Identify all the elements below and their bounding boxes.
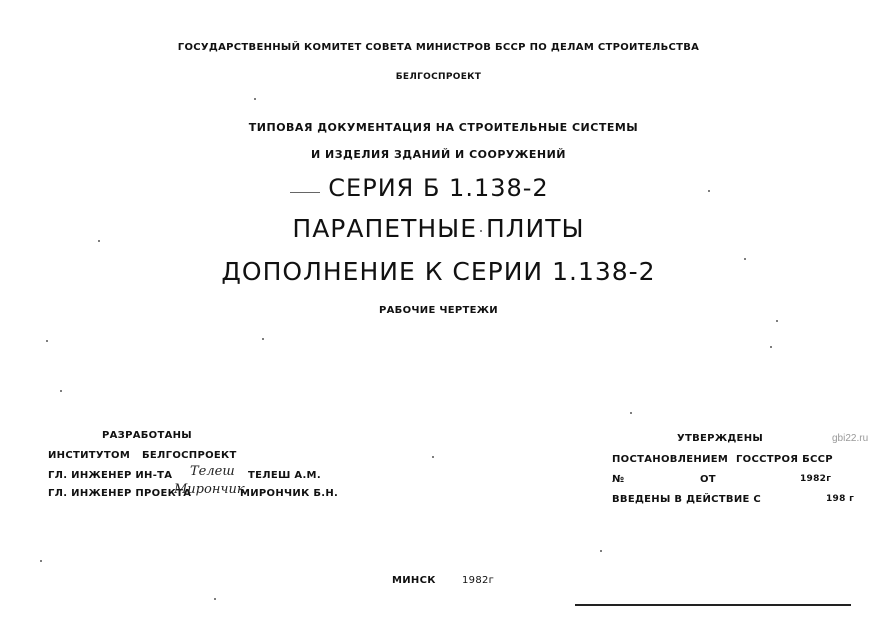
project-engineer-role: ГЛ. ИНЖЕНЕР ПРОЕКТА xyxy=(48,488,191,499)
from-label: ОТ xyxy=(700,474,716,485)
committee-header: ГОСУДАРСТВЕННЫЙ КОМИТЕТ СОВЕТА МИНИСТРОВ… xyxy=(0,42,877,53)
decree-label: ПОСТАНОВЛЕНИЕМ xyxy=(612,454,728,465)
organization-header: БЕЛГОСПРОЕКТ xyxy=(0,72,877,82)
decorative-dash xyxy=(290,192,320,193)
footer-city: МИНСК xyxy=(392,575,436,586)
doc-type-line1: ТИПОВАЯ ДОКУМЕНТАЦИЯ НА СТРОИТЕЛЬНЫЕ СИС… xyxy=(10,121,877,134)
approved-heading: УТВЕРЖДЕНЫ xyxy=(677,433,763,444)
series-title: СЕРИЯ Б 1.138-2 xyxy=(0,174,877,202)
chief-engineer-name: ТЕЛЕШ А.М. xyxy=(248,470,321,481)
doc-type-line2: И ИЗДЕЛИЯ ЗДАНИЙ И СООРУЖЕНИЙ xyxy=(0,148,877,161)
developed-heading: РАЗРАБОТАНЫ xyxy=(102,430,192,441)
enacted-year: 198 г xyxy=(826,494,854,504)
footer-year: 1982г xyxy=(462,575,494,586)
institute-name: БЕЛГОСПРОЕКТ xyxy=(142,450,237,461)
project-engineer-name: МИРОНЧИК Б.Н. xyxy=(240,488,338,499)
number-label: № xyxy=(612,474,624,485)
signature-telesh: Телеш xyxy=(190,464,235,479)
institute-label: ИНСТИТУТОМ xyxy=(48,450,130,461)
decree-year: 1982г xyxy=(800,474,831,484)
enacted-label: ВВЕДЕНЫ В ДЕЙСТВИЕ С xyxy=(612,494,761,505)
signature-mironchik: Мирончик xyxy=(174,482,245,497)
product-title: ПАРАПЕТНЫЕ ПЛИТЫ xyxy=(0,214,877,243)
chief-engineer-role: ГЛ. ИНЖЕНЕР ИН-ТА xyxy=(48,470,172,481)
frame-bottom-line xyxy=(575,604,851,606)
supplement-title: ДОПОЛНЕНИЕ К СЕРИИ 1.138-2 xyxy=(0,257,877,286)
decree-body: ГОССТРОЯ БССР xyxy=(736,454,833,465)
watermark: gbi22.ru xyxy=(832,433,868,444)
subtitle: РАБОЧИЕ ЧЕРТЕЖИ xyxy=(0,305,877,316)
